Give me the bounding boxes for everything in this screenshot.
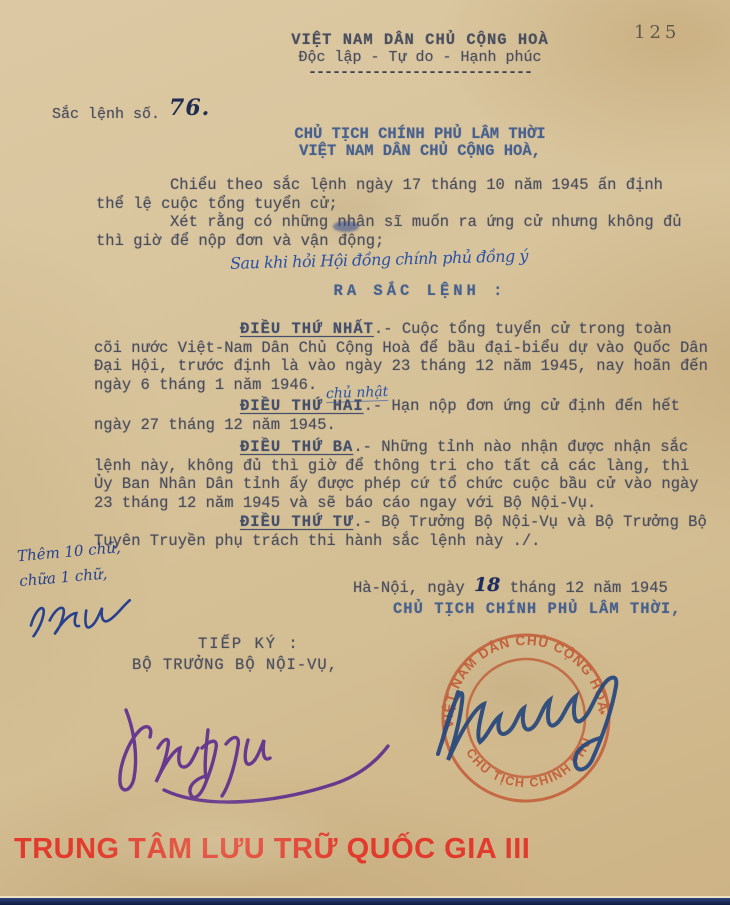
ink-smudge: [333, 221, 359, 232]
article-1-head: ĐIỀU THỨ NHẤT: [240, 320, 374, 338]
article-1: ĐIỀU THỨ NHẤT.- Cuộc tổng tuyển cử trong…: [94, 320, 708, 394]
countersign-label: TIẾP KÝ :: [198, 635, 300, 653]
decree-ref-label: Sắc lệnh số.: [52, 106, 160, 123]
vo-nguyen-giap-signature: [106, 690, 398, 810]
dateline-prefix: Hà-Nội, ngày: [353, 579, 465, 597]
article-2-body: .- Hạn nộp đơn ứng cử định đến hết ngày …: [94, 397, 680, 434]
article-2-head: ĐIỀU THỨ HAI: [240, 397, 364, 415]
decree-reference: Sắc lệnh số. 76.: [52, 98, 210, 124]
article-3-head: ĐIỀU THỨ BA: [240, 438, 353, 456]
handwritten-insertion: Sau khi hỏi Hội đồng chính phủ đồng ý: [230, 246, 528, 273]
recital-paragraph: Chiểu theo sắc lệnh ngày 17 tháng 10 năm…: [96, 176, 698, 213]
dateline: Hà-Nội, ngày 18 tháng 12 năm 1945: [353, 575, 668, 597]
national-header: VIỆT NAM DÂN CHỦ CỘNG HOÀ Độc lập - Tự d…: [120, 32, 720, 80]
document-page: 125 VIỆT NAM DÂN CHỦ CỘNG HOÀ Độc lập - …: [0, 0, 730, 905]
recital-paragraph: Xét rằng có những nhân sĩ muốn ra ứng cử…: [96, 213, 704, 250]
article-3-body: .- Những tỉnh nào nhận được nhận sắc lện…: [94, 438, 699, 512]
issuer-line1: CHỦ TỊCH CHÍNH PHỦ LÂM THỜI: [120, 126, 720, 143]
margin-note-signature: [21, 590, 143, 638]
article-3: ĐIỀU THỨ BA.- Những tỉnh nào nhận được n…: [94, 438, 712, 512]
issuer-line2: VIỆT NAM DÂN CHỦ CỘNG HOÀ,: [120, 143, 720, 160]
article-4: ĐIỀU THỨ TƯ.- Bộ Trưởng Bộ Nội-Vụ và Bộ …: [94, 513, 708, 550]
archive-watermark: TRUNG TÂM LƯU TRỮ QUỐC GIA III: [14, 833, 530, 866]
dateline-day-handwritten: 18: [474, 574, 500, 596]
countersign-title: BỘ TRƯỞNG BỘ NỘI-VỤ,: [132, 656, 338, 674]
dateline-suffix: tháng 12 năm 1945: [510, 579, 668, 597]
ho-chi-minh-signature: [428, 646, 663, 781]
enactment-line: RA SẮC LỆNH :: [120, 282, 720, 300]
article-1-body: .- Cuộc tổng tuyển cử trong toàn cõi nướ…: [94, 320, 708, 394]
issuer-title: CHỦ TỊCH CHÍNH PHỦ LÂM THỜI VIỆT NAM DÂN…: [120, 126, 720, 160]
article-4-head: ĐIỀU THỨ TƯ: [240, 513, 353, 531]
margin-note: Thêm 10 chữ, chữa 1 chữ,: [16, 532, 164, 640]
signer-title: CHỦ TỊCH CHÍNH PHỦ LÂM THỜI,: [393, 600, 681, 618]
country-name: VIỆT NAM DÂN CHỦ CỘNG HOÀ: [120, 32, 720, 49]
decree-ref-number-handwritten: 76.: [169, 95, 210, 121]
header-divider: ----------------------------: [120, 66, 720, 80]
article-4-body: .- Bộ Trưởng Bộ Nội-Vụ và Bộ Trưởng Bộ T…: [94, 513, 707, 550]
scan-edge-strip: [0, 896, 730, 905]
article-2: ĐIỀU THỨ HAI.- Hạn nộp đơn ứng cử định đ…: [94, 397, 708, 434]
